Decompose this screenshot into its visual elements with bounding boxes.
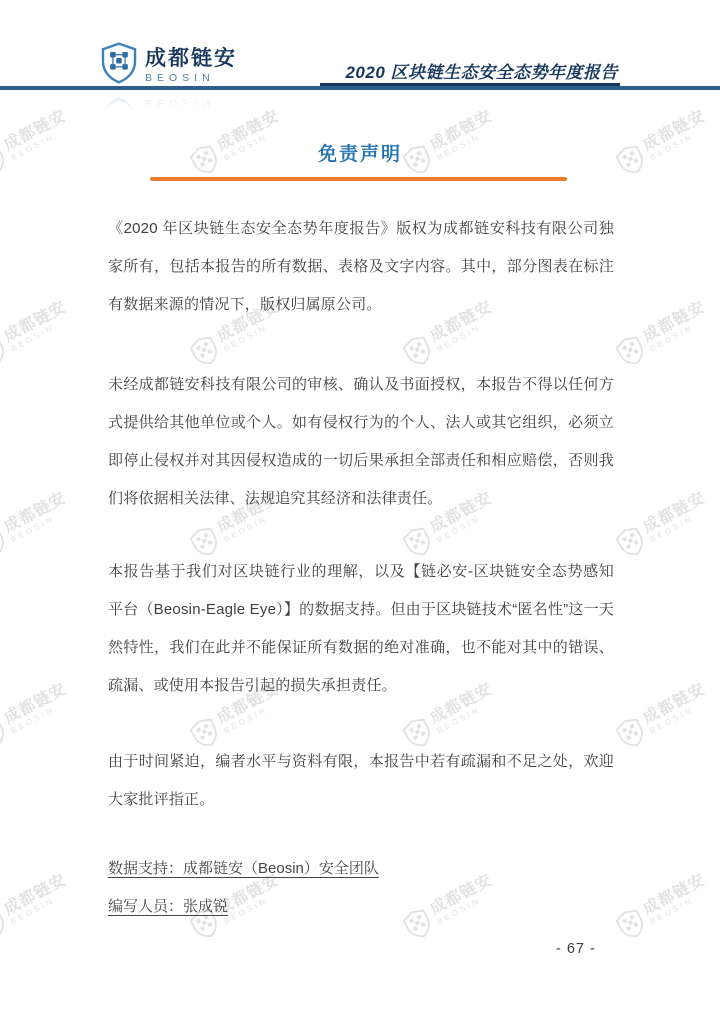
beosin-logo: 成都链安 BEOSIN	[100, 42, 237, 89]
logo-name-en: BEOSIN	[145, 72, 237, 84]
logo-text: 成都链安 BEOSIN	[145, 47, 237, 83]
page-content: 成都链安 BEOSIN 2020 区块链生态安全态势年度报告	[0, 0, 720, 1018]
credit-data-support: 数据支持：成都链安（Beosin）安全团队	[108, 850, 379, 888]
report-page: 成都链安BEOSIN成都链安BEOSIN成都链安BEOSIN成都链安BEOSIN…	[0, 0, 720, 1018]
paragraph-feedback: 由于时间紧迫，编者水平与资料有限，本报告中若有疏漏和不足之处，欢迎大家批评指正。	[108, 743, 614, 819]
header-report-title: 2020 区块链生态安全态势年度报告	[345, 58, 618, 83]
logo-name-cn: 成都链安	[145, 47, 237, 70]
logo-reflection: 成都链安 BEOSIN	[100, 91, 320, 115]
section-title-divider	[150, 177, 567, 181]
paragraph-authorization: 未经成都链安科技有限公司的审核、确认及书面授权，本报告不得以任何方式提供给其他单…	[108, 366, 614, 518]
section-title: 免责声明	[0, 139, 720, 166]
header-rule	[0, 86, 720, 90]
page-number: - 67 -	[556, 941, 596, 957]
beosin-shield-reflection-icon	[100, 92, 138, 115]
credit-author: 编写人员：张成锐	[108, 888, 228, 926]
paragraph-data-accuracy: 本报告基于我们对区块链行业的理解，以及【链必安-区块链安全态势感知平台（Beos…	[108, 553, 614, 705]
beosin-shield-icon	[100, 42, 138, 89]
paragraph-copyright: 《2020 年区块链生态安全态势年度报告》版权为成都链安科技有限公司独家所有，包…	[108, 210, 614, 324]
